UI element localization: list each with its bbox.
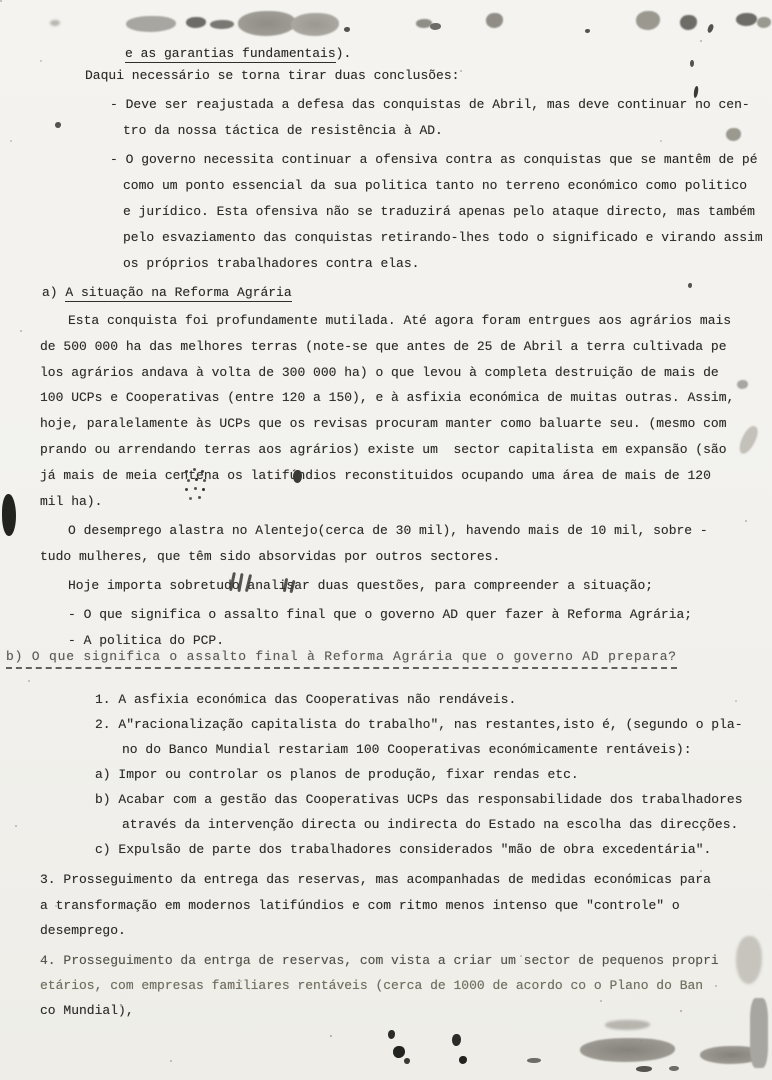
section-a-para2-line1: O desemprego alastra no Alentejo(cerca d… [68, 523, 708, 539]
section-b-item2-line2: no do Banco Mundial restariam 100 Cooper… [122, 742, 692, 758]
ink-speck [459, 1056, 467, 1064]
ink-blot [2, 494, 16, 536]
intro-bullet1-line1: - Deve ser reajustada a defesa das conqu… [110, 97, 750, 113]
section-b-item2b-line2: através da intervenção directa ou indire… [122, 817, 738, 833]
ink-speck [430, 23, 441, 30]
ink-speck [404, 1058, 410, 1064]
ink-speck [388, 1030, 395, 1039]
section-a-para1-line3: los agrários andava à volta de 300 000 h… [40, 365, 719, 381]
section-b-item3-line1: 3. Prosseguimento da entrega das reserva… [40, 872, 711, 888]
ink-speck [707, 23, 715, 33]
ink-speck [636, 1066, 652, 1072]
ink-speck [452, 1034, 461, 1046]
paper-noise [0, 0, 2, 2]
intro-bullet2-line1: - O governo necessita continuar a ofensi… [110, 152, 758, 168]
ink-stain [726, 128, 741, 141]
typed-dots [185, 470, 188, 473]
section-a-para1-line1: Esta conquista foi profundamente mutilad… [68, 313, 731, 329]
ink-stain [750, 998, 768, 1068]
intro-bullet2-line2: como um ponto essencial da sua politica … [123, 178, 747, 194]
section-a-para1-line7: já mais de meia centena os latifúndios r… [40, 468, 711, 484]
ink-speck [669, 1066, 679, 1071]
ink-speck [585, 29, 590, 33]
section-a-para1-line4: 100 UCPs e Cooperativas (entre 120 a 150… [40, 390, 734, 406]
section-a-para1-line6: prando ou arrendando terras aos agrários… [40, 442, 727, 458]
ink-stain [580, 1038, 675, 1062]
section-b-item1: 1. A asfixia económica das Cooperativas … [95, 692, 516, 708]
section-b-item3-line3: desemprego. [40, 923, 126, 939]
ink-stain [636, 11, 660, 30]
ink-stain [126, 16, 176, 32]
ink-stain [680, 15, 697, 30]
ink-stain [291, 13, 339, 36]
ink-stain [486, 13, 503, 28]
section-b-heading-line: b) O que significa o assalto final à Ref… [6, 649, 677, 665]
intro-conclusoes: Daqui necessário se torna tirar duas con… [85, 68, 459, 84]
section-a-title: A situação na Reforma Agrária [65, 285, 291, 302]
intro-garantias-line: e as garantias fundamentais). [125, 46, 351, 62]
intro-bullet2-line4: pelo esvaziamento das conquistas retiran… [123, 230, 763, 246]
ink-speck [55, 122, 61, 128]
section-a-para2-line2: tudo mulheres, que têm sido absorvidas p… [40, 549, 500, 565]
section-a-para1-line5: hoje, paralelamente às UCPs que os revis… [40, 416, 727, 432]
underlined-phrase: e as garantias fundamentais [125, 46, 336, 63]
phrase-tail: ). [336, 46, 352, 61]
intro-bullet2-line5: os próprios trabalhadores contra elas. [123, 256, 419, 272]
section-b-item4-line2: etários, com empresas familiares rentáve… [40, 978, 703, 994]
section-b-heading: b) O que significa o assalto final à Ref… [6, 649, 677, 669]
section-a-para1-line8: mil ha). [40, 494, 102, 510]
ink-stain [736, 936, 762, 984]
section-b-item2b-line1: b) Acabar com a gestão das Cooperativas … [95, 792, 743, 808]
section-b-item3-line2: a transformação em modernos latifúndios … [40, 898, 680, 914]
ink-speck [527, 1058, 541, 1063]
ink-stain [186, 17, 206, 28]
section-b-item4-line3: co Mundial), [40, 1003, 134, 1019]
ink-speck [690, 60, 694, 67]
section-b-item2-line1: 2. A"racionalização capitalista do traba… [95, 717, 743, 733]
section-b-item2c: c) Expulsão de parte dos trabalhadores c… [95, 842, 711, 858]
section-a-para1-line2: de 500 000 ha das melhores terras (note-… [40, 339, 727, 355]
ink-stain [737, 380, 748, 389]
ink-stain [50, 20, 60, 26]
intro-bullet2-line3: e jurídico. Esta ofensiva não se traduzi… [123, 204, 755, 220]
ink-stain [238, 11, 296, 36]
ink-blot [393, 1046, 405, 1058]
section-b-item2a: a) Impor ou controlar os planos de produ… [95, 767, 579, 783]
ink-stain [210, 20, 234, 29]
intro-bullet1-line2: tro da nossa táctica de resistência à AD… [123, 123, 443, 139]
ink-stain [757, 17, 771, 28]
section-a-prefix: a) [42, 285, 65, 300]
section-a-bullet2: - A politica do PCP. [68, 633, 224, 649]
ink-speck [688, 283, 692, 288]
ink-stain [736, 13, 757, 26]
section-a-para3: Hoje importa sobretudo analisar duas que… [68, 578, 653, 594]
scanned-document-page: e as garantias fundamentais). Daqui nece… [0, 0, 772, 1080]
section-a-heading: a) A situação na Reforma Agrária [42, 285, 292, 301]
ink-speck [344, 27, 350, 32]
section-b-item4-line1: 4. Prosseguimento da entrga de reservas,… [40, 953, 719, 969]
ink-stain [736, 424, 760, 457]
ink-stain [605, 1020, 650, 1030]
section-a-bullet1: - O que significa o assalto final que o … [68, 607, 692, 623]
